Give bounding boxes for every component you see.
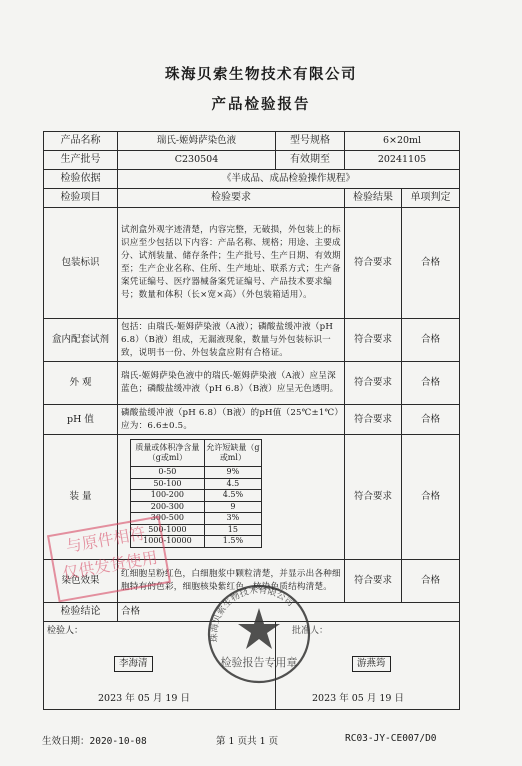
approver-cell: 批准人： 游燕筠 2023 年 05 月 19 日 [276, 622, 460, 710]
table-row: 染色效果 红细胞呈粉红色，白细胞浆中颗粒清楚，并显示出各种细胞特有的色彩，细胞核… [44, 560, 460, 603]
fill-volume-row: 0-509% [131, 467, 262, 479]
col-judgement: 单项判定 [402, 189, 460, 208]
item-name: 盒内配套试剂 [44, 319, 118, 362]
item-judgement: 合格 [402, 435, 460, 560]
item-requirement: 试剂盒外观字迹清楚，内容完整，无破损，外包装上的标识应至少包括以下内容：产品名称… [118, 208, 345, 319]
net-content-range: 1000-10000 [131, 536, 205, 548]
basis-value: 《半成品、成品检验操作规程》 [118, 170, 460, 189]
item-result: 符合要求 [345, 435, 402, 560]
fill-volume-row: 500-100015 [131, 524, 262, 536]
model-label: 型号规格 [276, 132, 345, 151]
product-name-value: 瑞氏-姬姆萨染色液 [118, 132, 276, 151]
batch-label: 生产批号 [44, 151, 118, 170]
fill-volume-row: 100-2004.5% [131, 490, 262, 502]
col-requirement: 检验要求 [118, 189, 345, 208]
model-value: 6×20ml [345, 132, 460, 151]
table-row: 外 观 瑞氏-姬姆萨染色液中的瑞氏-姬姆萨染液（A液）应呈深蓝色；磷酸盐缓冲液（… [44, 362, 460, 405]
item-judgement: 合格 [402, 405, 460, 435]
row-product-name: 产品名称 瑞氏-姬姆萨染色液 型号规格 6×20ml [44, 132, 460, 151]
page-number: 第 1 页共 1 页 [216, 733, 278, 747]
net-content-range: 50-100 [131, 478, 205, 490]
item-result: 符合要求 [345, 319, 402, 362]
item-judgement: 合格 [402, 208, 460, 319]
item-result: 符合要求 [345, 208, 402, 319]
col-item: 检验项目 [44, 189, 118, 208]
allowed-shortage: 3% [204, 513, 261, 525]
net-content-range: 100-200 [131, 490, 205, 502]
fill-volume-cell: 质量或体积净含量（g或ml） 允许短缺量（g或ml） 0-509%50-1004… [118, 435, 345, 560]
allowed-shortage: 9% [204, 467, 261, 479]
inspector-name: 李海清 [114, 656, 153, 672]
table-row: 装 量 质量或体积净含量（g或ml） 允许短缺量（g或ml） 0-509%50-… [44, 435, 460, 560]
allowed-shortage: 4.5 [204, 478, 261, 490]
item-requirement: 包括：由瑞氏-姬姆萨染液（A液）；磷酸盐缓冲液（pH 6.8）（B液）组成，无漏… [118, 319, 345, 362]
fill-volume-row: 50-1004.5 [131, 478, 262, 490]
table-row: 盒内配套试剂 包括：由瑞氏-姬姆萨染液（A液）；磷酸盐缓冲液（pH 6.8）（B… [44, 319, 460, 362]
conclusion-value: 合格 [118, 603, 460, 622]
item-name: 装 量 [44, 435, 118, 560]
net-content-range: 0-50 [131, 467, 205, 479]
expiry-value: 20241105 [345, 151, 460, 170]
inspection-table: 产品名称 瑞氏-姬姆萨染色液 型号规格 6×20ml 生产批号 C230504 … [43, 131, 460, 710]
item-judgement: 合格 [402, 319, 460, 362]
net-content-range: 500-1000 [131, 524, 205, 536]
allowed-shortage: 9 [204, 501, 261, 513]
item-result: 符合要求 [345, 560, 402, 603]
approver-date: 2023 年 05 月 19 日 [312, 693, 404, 705]
net-content-range: 200-300 [131, 501, 205, 513]
inspector-label: 检验人： [47, 625, 83, 637]
item-name: 染色效果 [44, 560, 118, 603]
column-header-row: 检验项目 检验要求 检验结果 单项判定 [44, 189, 460, 208]
fill-volume-row: 200-3009 [131, 501, 262, 513]
item-result: 符合要求 [345, 362, 402, 405]
conclusion-row: 检验结论 合格 [44, 603, 460, 622]
allowed-shortage: 15 [204, 524, 261, 536]
signature-row: 检验人： 李海清 2023 年 05 月 19 日 批准人： 游燕筠 2023 … [44, 622, 460, 710]
item-result: 符合要求 [345, 405, 402, 435]
document-code: RC03-JY-CE007/D0 [345, 733, 437, 744]
inspector-date: 2023 年 05 月 19 日 [98, 693, 190, 705]
conclusion-label: 检验结论 [44, 603, 118, 622]
allowed-shortage: 4.5% [204, 490, 261, 502]
item-judgement: 合格 [402, 362, 460, 405]
item-judgement: 合格 [402, 560, 460, 603]
col-result: 检验结果 [345, 189, 402, 208]
expiry-label: 有效期至 [276, 151, 345, 170]
sub-header-content: 质量或体积净含量（g或ml） [131, 440, 205, 467]
sub-header-shortage: 允许短缺量（g或ml） [204, 440, 261, 467]
item-requirement: 瑞氏-姬姆萨染色液中的瑞氏-姬姆萨染液（A液）应呈深蓝色；磷酸盐缓冲液（pH 6… [118, 362, 345, 405]
report-title: 产品检验报告 [0, 93, 522, 114]
item-requirement: 红细胞呈粉红色，白细胞浆中颗粒清楚，并显示出各种细胞特有的色彩，细胞核染紫红色，… [118, 560, 345, 603]
allowed-shortage: 1.5% [204, 536, 261, 548]
table-row: pH 值 磷酸盐缓冲液（pH 6.8）（B液）的pH值（25℃±1℃）应为：6.… [44, 405, 460, 435]
fill-volume-row: 300-5003% [131, 513, 262, 525]
item-name: 外 观 [44, 362, 118, 405]
table-row: 包装标识 试剂盒外观字迹清楚，内容完整，无破损，外包装上的标识应至少包括以下内容… [44, 208, 460, 319]
item-requirement: 磷酸盐缓冲液（pH 6.8）（B液）的pH值（25℃±1℃）应为：6.6±0.5… [118, 405, 345, 435]
effective-date: 生效日期：2020-10-08 [42, 733, 147, 747]
batch-value: C230504 [118, 151, 276, 170]
inspector-cell: 检验人： 李海清 2023 年 05 月 19 日 [44, 622, 276, 710]
net-content-range: 300-500 [131, 513, 205, 525]
item-name: pH 值 [44, 405, 118, 435]
approver-label: 批准人： [292, 625, 328, 637]
fill-volume-table: 质量或体积净含量（g或ml） 允许短缺量（g或ml） 0-509%50-1004… [130, 439, 262, 548]
company-name: 珠海贝索生物技术有限公司 [0, 63, 522, 84]
row-basis: 检验依据 《半成品、成品检验操作规程》 [44, 170, 460, 189]
item-name: 包装标识 [44, 208, 118, 319]
product-name-label: 产品名称 [44, 132, 118, 151]
fill-volume-row: 1000-100001.5% [131, 536, 262, 548]
row-batch: 生产批号 C230504 有效期至 20241105 [44, 151, 460, 170]
approver-name: 游燕筠 [352, 656, 391, 672]
basis-label: 检验依据 [44, 170, 118, 189]
